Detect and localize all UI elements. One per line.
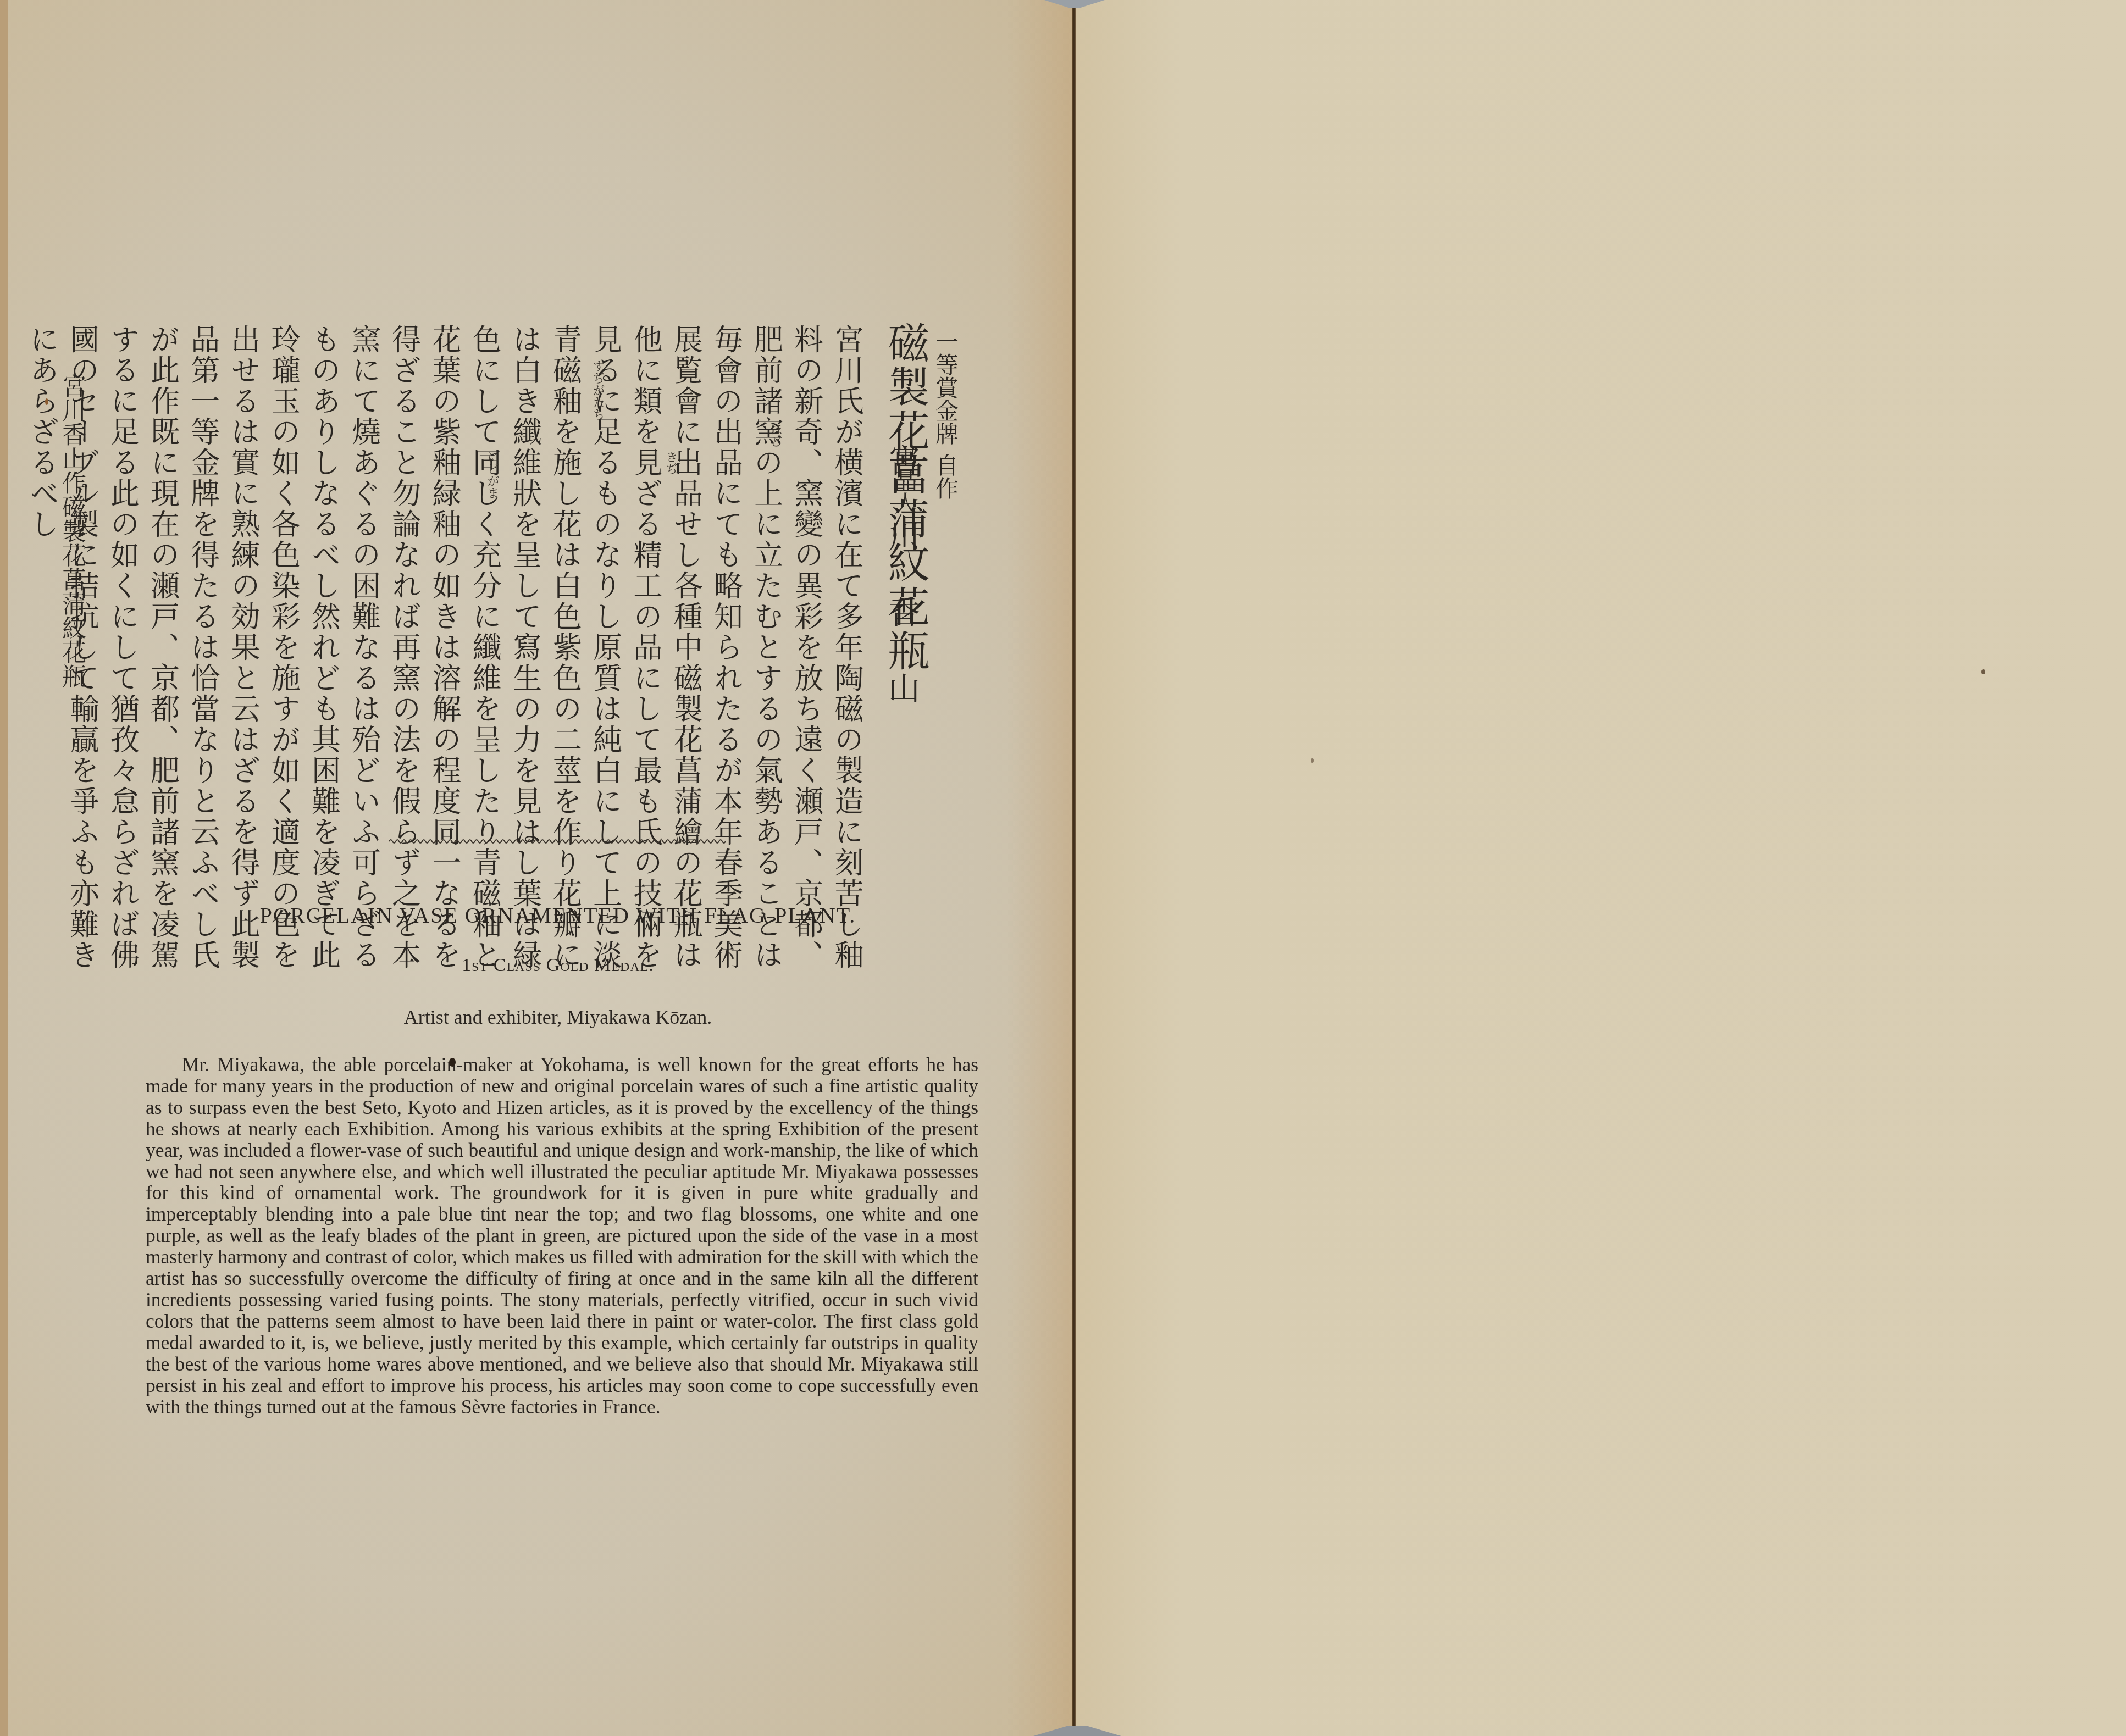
japanese-column: 毎會の出品にても略知られたるが本年春季美術 [709, 324, 742, 970]
book-spread: 宮川香山作磁製花菖蒲紋花瓶 一等賞金牌 自作 磁製花菖蒲紋花瓶 出品人 宮 川 … [0, 0, 2126, 1736]
book-gutter [1072, 0, 1076, 1736]
paper-speck [1981, 669, 1985, 674]
artist-line: Artist and exhibiter, Miyakawa Kōzan. [143, 1006, 973, 1029]
japanese-column: 花葉の紫釉緑釉の如きは溶解の程度同一なるを [428, 324, 461, 970]
japanese-column: 肥前諸窯の上に立たむとするの氣勢あることは [750, 324, 783, 970]
japanese-column: 色にして同しく充分に纖維を呈したり青磁釉と [468, 324, 501, 970]
japanese-column: 出せるは實に熟練の効果と云はざるを得ず此製 [226, 324, 259, 970]
japanese-column: ものありしなるべし然れども其困難を凌ぎて此 [307, 324, 340, 970]
japanese-column: 國のセーブル製に拮抗して輸贏を爭ふも亦難き [65, 324, 98, 970]
english-body-paragraph: Mr. Miyakawa, the able porcelain-maker a… [146, 1054, 978, 1417]
paper-speck [1311, 758, 1314, 763]
japanese-column: するに足る此の如くにして猶孜々怠らざれば佛 [106, 324, 139, 970]
japanese-column: 宮川氏が横濱に在て多年陶磁の製造に刻苦し釉 [830, 324, 863, 970]
japanese-column: 得ざること勿論なれば再窯の法を假らず之を本 [387, 324, 420, 970]
english-title: PORCELAIN VASE ORNAMENTED WITH FLAG-PLAN… [143, 902, 973, 928]
japanese-column: 展覧會に出品せし各種中磁製花菖蒲繪の花瓶は [669, 324, 702, 970]
jisaku-label: 自作 [929, 453, 962, 500]
japanese-column: にあらざるべし [25, 324, 58, 540]
japanese-column: 見るに足るものなりし原質は純白にして上に淡 [589, 324, 622, 970]
japanese-column: は白き纖維狀を呈して寫生の力を見はし葉は緑 [508, 324, 541, 970]
japanese-column: 他に類を見ざる精工の品にして最も氏の技倆を [629, 324, 662, 970]
ruby-annotation: ほど [767, 423, 784, 447]
japanese-column: 青磁釉を施し花は白色紫色の二莖を作り花瓣に [549, 324, 582, 970]
japanese-column: 玲瓏玉の如く各色染彩を施すが如く適度の色を [267, 324, 300, 970]
japanese-column: 品第一等金牌を得たるは恰當なりと云ふべし氏 [186, 324, 219, 970]
ink-blot [449, 1058, 456, 1067]
award-label: 一等賞金牌 [929, 330, 962, 445]
exhibitor-name: 宮 川 香 山 [878, 444, 924, 707]
japanese-column: が此作既に現在の瀬戸、京都、肥前諸窯を凌駕 [146, 324, 179, 970]
ruby-annotation: にどがま [484, 451, 501, 499]
ruby-annotation: きぢ [662, 451, 679, 475]
japanese-column: 窯にて燒あぐるの困難なるは殆どいふ可らざる [347, 324, 380, 970]
wavy-separator [389, 838, 726, 845]
ruby-annotation: すぢがたち [589, 360, 606, 420]
paper-speck [45, 398, 48, 405]
right-page-blank [1076, 0, 2126, 1736]
medal-subtitle: 1st Class Gold Medal. [143, 955, 973, 976]
japanese-column: 料の新奇、窯變の異彩を放ち遠く瀬戸、京都、 [790, 324, 823, 970]
